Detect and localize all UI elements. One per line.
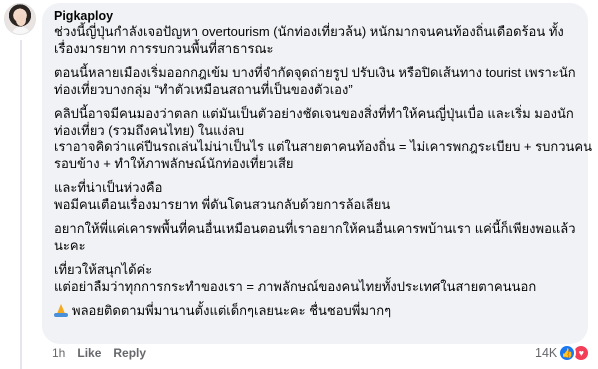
avatar[interactable] — [4, 3, 36, 35]
comment-paragraph: คลิปนี้อาจมีคนมองว่าตลก แต่มันเป็นตัวอย่… — [54, 106, 576, 172]
comment-timestamp[interactable]: 1h — [52, 346, 65, 360]
text-line: อยากให้พี่แค่เคารพพื้นที่คนอื่นเหมือนตอน… — [54, 221, 576, 238]
comment-paragraph: ช่วงนี้ญี่ปุ่นกำลังเจอปัญหา overtourism … — [54, 24, 576, 57]
comment: Pigkaploy ช่วงนี้ญี่ปุ่นกำลังเจอปัญหา ov… — [0, 0, 598, 369]
text-line: เราอาจคิดว่าแค่ปีนรถเล่นไม่น่าเป็นไร แต่… — [54, 139, 576, 156]
text-line: นะคะ — [54, 238, 576, 255]
thread-line — [20, 40, 22, 369]
reply-button[interactable]: Reply — [113, 346, 146, 360]
comment-bubble: Pigkaploy ช่วงนี้ญี่ปุ่นกำลังเจอปัญหา ov… — [42, 3, 588, 344]
text-line: รอบข้าง + ทำให้ภาพลักษณ์นักท่องเที่ยวเสี… — [54, 156, 576, 173]
reaction-count: 14K — [535, 346, 557, 360]
avatar-body — [12, 27, 30, 35]
text-line: ท่องเที่ยว (รวมถึงคนไทย) ในแง่ลบ — [54, 123, 576, 140]
text-line: ท่องเที่ยวบางกลุ่ม “ทำตัวเหมือนสถานที่เป… — [54, 82, 576, 99]
text-line: พลอยติดตามพี่มานานตั้งแต่เด็กๆเลยนะคะ ชื… — [54, 303, 576, 320]
like-button[interactable]: Like — [77, 346, 101, 360]
comment-author[interactable]: Pigkaploy — [54, 9, 576, 24]
comment-paragraph: และที่น่าเป็นห่วงคือ พอมีคนเตือนเรื่องมา… — [54, 180, 576, 213]
like-reaction-icon: 👍 — [558, 344, 576, 362]
text-line: เที่ยวให้สนุกได้ค่ะ — [54, 262, 576, 279]
comment-paragraph: อยากให้พี่แค่เคารพพื้นที่คนอื่นเหมือนตอน… — [54, 221, 576, 254]
comment-paragraph: พลอยติดตามพี่มานานตั้งแต่เด็กๆเลยนะคะ ชื… — [54, 303, 576, 320]
avatar-face — [16, 14, 26, 26]
text-line: และที่น่าเป็นห่วงคือ — [54, 180, 576, 197]
text-line: คลิปนี้อาจมีคนมองว่าตลก แต่มันเป็นตัวอย่… — [54, 106, 576, 123]
text-line: แต่อย่าลืมว่าทุกการกระทำของเรา = ภาพลักษ… — [54, 279, 576, 296]
text-line: ตอนนี้หลายเมืองเริ่มออกกฎเข้ม บางที่จำกั… — [54, 65, 576, 82]
text-line: เรื่องมารยาท การรบกวนพื้นที่สาธารณะ — [54, 41, 576, 58]
folded-hands-icon — [54, 304, 68, 317]
comment-paragraph: ตอนนี้หลายเมืองเริ่มออกกฎเข้ม บางที่จำกั… — [54, 65, 576, 98]
reactions-summary[interactable]: 14K 👍 ♥ — [535, 344, 590, 362]
comment-paragraph: เที่ยวให้สนุกได้ค่ะ แต่อย่าลืมว่าทุกการก… — [54, 262, 576, 295]
last-line-text: พลอยติดตามพี่มานานตั้งแต่เด็กๆเลยนะคะ ชื… — [72, 303, 391, 318]
text-line: พอมีคนเตือนเรื่องมารยาท พี่ดันโดนสวนกลับ… — [54, 197, 576, 214]
comment-actions: 1h Like Reply — [52, 346, 146, 360]
text-line: ช่วงนี้ญี่ปุ่นกำลังเจอปัญหา overtourism … — [54, 24, 576, 41]
